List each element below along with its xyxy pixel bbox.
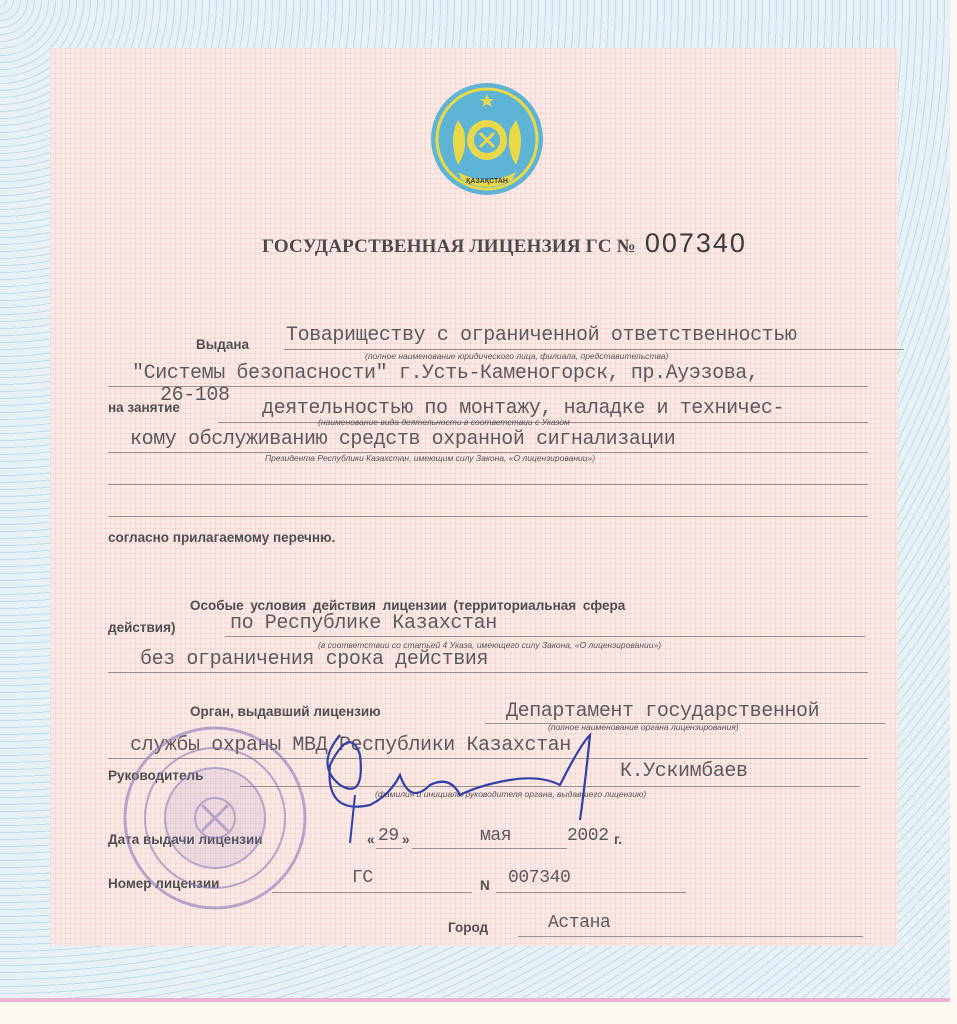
signature-icon <box>310 725 610 845</box>
issued-to-label: Выдана <box>196 337 249 352</box>
rule <box>412 848 567 849</box>
conditions-term: без ограничения срока действия <box>140 648 488 671</box>
issued-to-line1: Товариществу с ограниченной ответственно… <box>286 324 797 347</box>
license-number-series: ГС <box>352 868 373 888</box>
issued-to-line2: "Системы безопасности" г.Усть-Каменогорс… <box>132 362 759 385</box>
activity-line2: кому обслуживанию средств охранной сигна… <box>130 428 675 451</box>
license-title-text: ГОСУДАРСТВЕННАЯ ЛИЦЕНЗИЯ ГС № <box>262 236 636 257</box>
border-pink-rule <box>0 998 950 1002</box>
license-number-no-label: N <box>480 878 490 893</box>
official-seal-icon <box>120 718 310 918</box>
conditions-label: Особые условия действия лицензии (террит… <box>190 598 625 613</box>
license-number-value: 007340 <box>508 868 570 888</box>
conditions-territory: по Республике Казахстан <box>230 612 497 635</box>
kazakhstan-coat-of-arms-icon: ҚАЗАҚСТАН <box>428 80 546 198</box>
rule <box>376 848 402 849</box>
rule <box>225 636 865 637</box>
issued-to-hint: (полное наименование юридического лица, … <box>365 351 668 361</box>
issuer-line1: Департамент государственной <box>506 700 819 723</box>
city-label: Город <box>448 920 488 935</box>
issuer-label: Орган, выдавший лицензию <box>190 704 381 719</box>
rule <box>108 516 868 517</box>
rule <box>108 672 868 673</box>
rule <box>518 936 863 937</box>
rule <box>496 892 686 893</box>
activity-hint1: (наименование вида деятельности в соотве… <box>318 417 570 427</box>
rule <box>284 349 904 350</box>
according-to-list: согласно прилагаемому перечню. <box>108 530 335 545</box>
rule <box>108 484 868 485</box>
svg-text:ҚАЗАҚСТАН: ҚАЗАҚСТАН <box>466 178 508 185</box>
conditions-label-cont: действия) <box>108 620 175 635</box>
activity-label: на занятие <box>108 400 180 415</box>
head-name: К.Ускимбаев <box>620 760 748 783</box>
license-title-number: 007340 <box>645 228 747 258</box>
issue-date-year-suffix: г. <box>614 832 622 847</box>
license-title: ГОСУДАРСТВЕННАЯ ЛИЦЕНЗИЯ ГС № 007340 <box>262 228 747 259</box>
city-value: Астана <box>548 913 610 933</box>
activity-hint2: Президента Республики Казахстан, имеющим… <box>265 453 595 463</box>
